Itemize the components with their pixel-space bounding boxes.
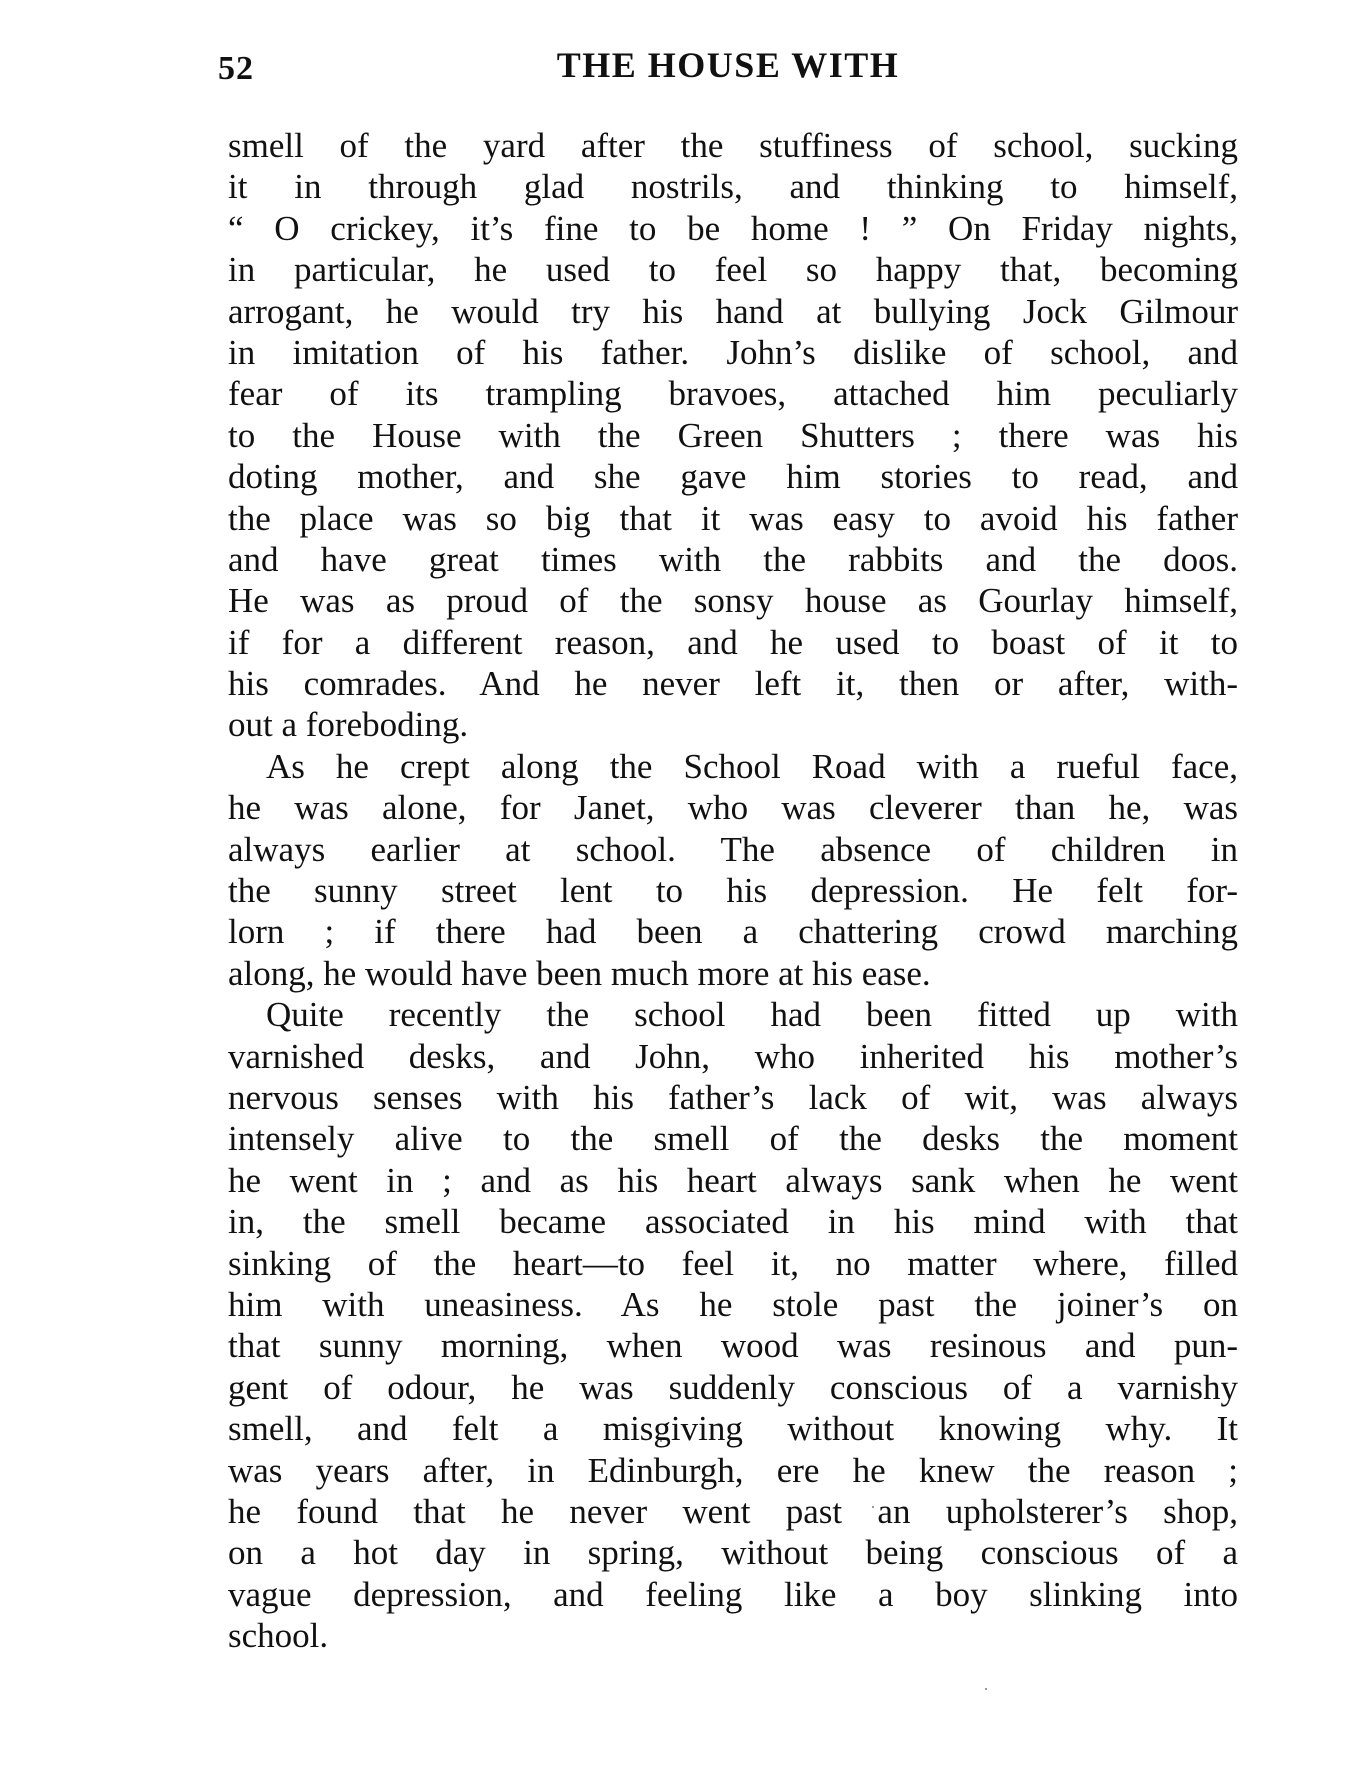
text-line: smell, and felt a misgiving without know… — [228, 1408, 1238, 1449]
text-line: and have great times with the rabbits an… — [228, 539, 1238, 580]
text-line: the place was so big that it was easy to… — [228, 498, 1238, 539]
text-line: he was alone, for Janet, who was clevere… — [228, 787, 1238, 828]
text-line: the sunny street lent to his depression.… — [228, 870, 1238, 911]
text-line: vague depression, and feeling like a boy… — [228, 1574, 1238, 1615]
paragraph: smell of the yard after the stuffiness o… — [228, 125, 1238, 746]
running-header: 52 THE HOUSE WITH — [218, 40, 1238, 100]
text-line: in particular, he used to feel so happy … — [228, 249, 1238, 290]
text-line: it in through glad nostrils, and thinkin… — [228, 166, 1238, 207]
text-line: in imitation of his father. John’s disli… — [228, 332, 1238, 373]
book-page: 52 THE HOUSE WITH smell of the yard afte… — [0, 0, 1355, 1771]
text-line: smell of the yard after the stuffiness o… — [228, 125, 1238, 166]
running-title: THE HOUSE WITH — [218, 44, 1238, 86]
text-line: that sunny morning, when wood was resino… — [228, 1325, 1238, 1366]
scan-speck — [872, 1506, 874, 1508]
text-line: arrogant, he would try his hand at bully… — [228, 291, 1238, 332]
text-line: always earlier at school. The absence of… — [228, 829, 1238, 870]
text-line: him with uneasiness. As he stole past th… — [228, 1284, 1238, 1325]
text-line: his comrades. And he never left it, then… — [228, 663, 1238, 704]
text-line: As he crept along the School Road with a… — [228, 746, 1238, 787]
text-line: out a foreboding. — [228, 704, 1238, 745]
text-line: varnished desks, and John, who inherited… — [228, 1036, 1238, 1077]
text-line: along, he would have been much more at h… — [228, 953, 1238, 994]
text-line: he went in ; and as his heart always san… — [228, 1160, 1238, 1201]
text-line: “ O crickey, it’s fine to be home ! ” On… — [228, 208, 1238, 249]
text-line: intensely alive to the smell of the desk… — [228, 1118, 1238, 1159]
text-line: to the House with the Green Shutters ; t… — [228, 415, 1238, 456]
text-line: Quite recently the school had been fitte… — [228, 994, 1238, 1035]
text-line: he found that he never went past an upho… — [228, 1491, 1238, 1532]
scan-speck — [660, 1440, 662, 1442]
paragraph: As he crept along the School Road with a… — [228, 746, 1238, 994]
text-line: gent of odour, he was suddenly conscious… — [228, 1367, 1238, 1408]
body-text: smell of the yard after the stuffiness o… — [228, 125, 1238, 1656]
text-line: was years after, in Edinburgh, ere he kn… — [228, 1450, 1238, 1491]
text-line: school. — [228, 1615, 1238, 1656]
text-line: in, the smell became associated in his m… — [228, 1201, 1238, 1242]
text-line: doting mother, and she gave him stories … — [228, 456, 1238, 497]
text-line: fear of its trampling bravoes, attached … — [228, 373, 1238, 414]
text-line: nervous senses with his father’s lack of… — [228, 1077, 1238, 1118]
paragraph: Quite recently the school had been fitte… — [228, 994, 1238, 1656]
text-line: sinking of the heart—to feel it, no matt… — [228, 1243, 1238, 1284]
text-line: He was as proud of the sonsy house as Go… — [228, 580, 1238, 621]
scan-speck — [985, 1688, 987, 1690]
text-line: if for a different reason, and he used t… — [228, 622, 1238, 663]
text-line: on a hot day in spring, without being co… — [228, 1532, 1238, 1573]
text-line: lorn ; if there had been a chattering cr… — [228, 911, 1238, 952]
